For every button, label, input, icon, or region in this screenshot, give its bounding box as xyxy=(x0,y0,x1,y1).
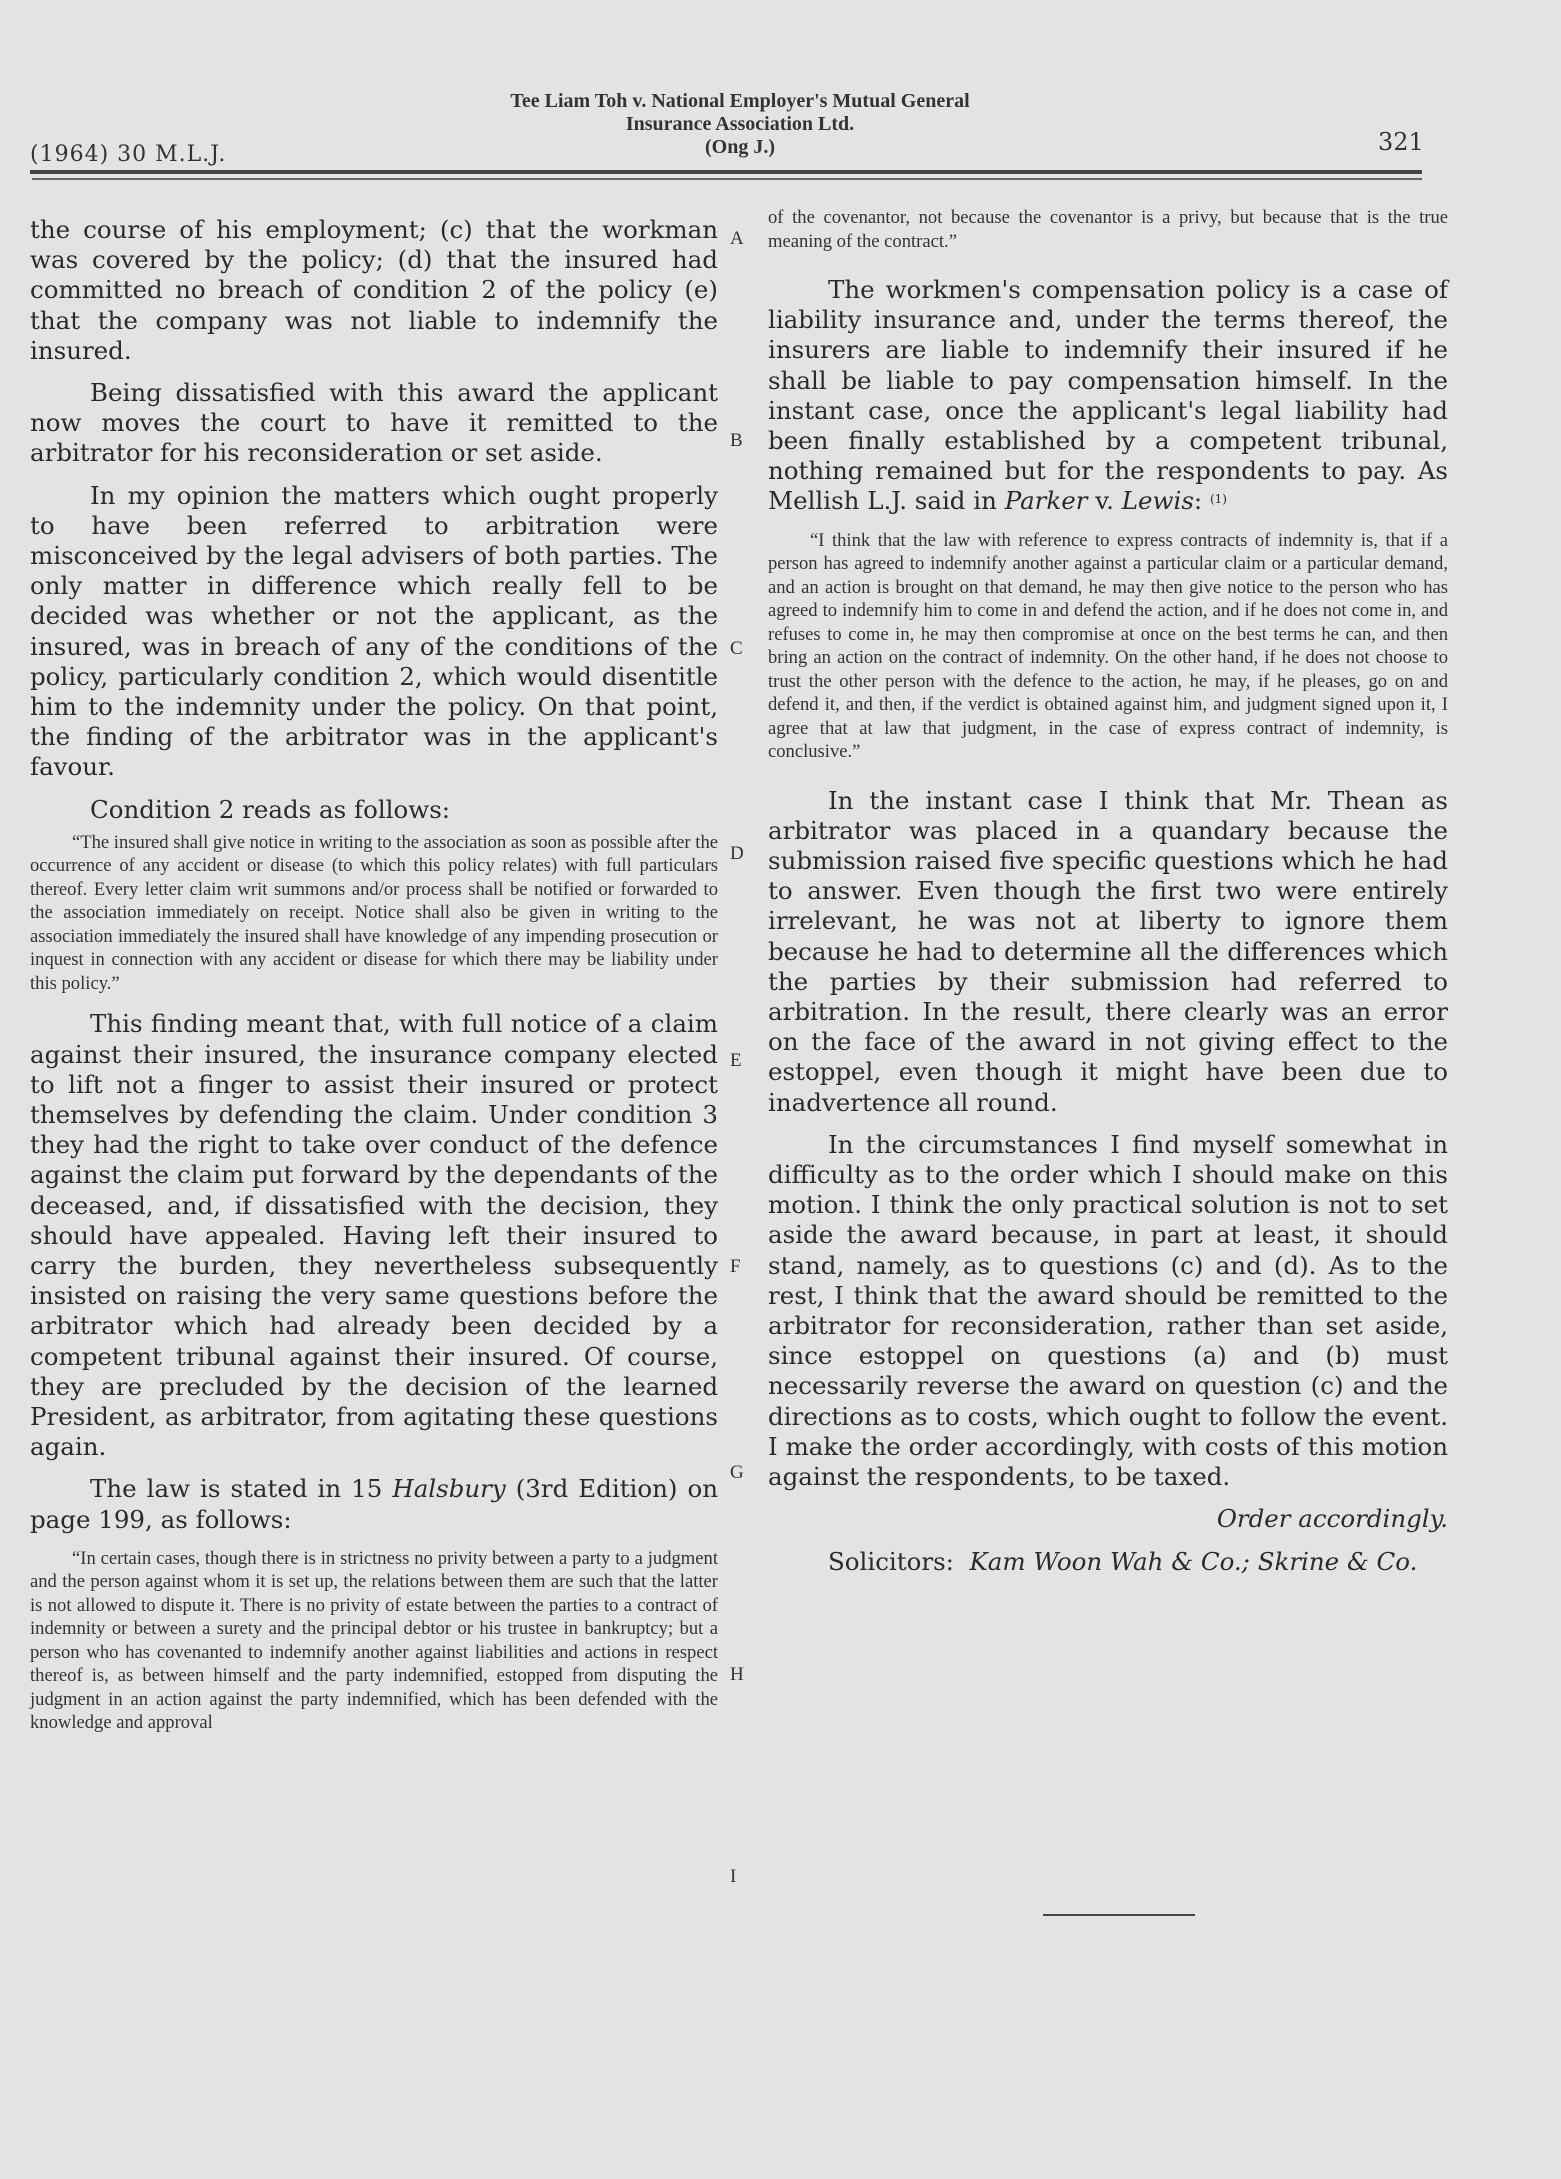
order-line: Order accordingly. xyxy=(768,1504,1448,1534)
right-column: of the covenantor, not because the coven… xyxy=(768,206,1448,1589)
block-quote-mellish: “I think that the law with reference to … xyxy=(768,529,1448,764)
margin-letter-b: B xyxy=(730,430,743,452)
paragraph-heading: Condition 2 reads as follows: xyxy=(30,795,718,825)
page-number: 321 xyxy=(1378,128,1424,156)
report-citation: (1964) 30 M.L.J. xyxy=(30,142,226,167)
solicitors-line: Solicitors: Kam Woon Wah & Co.; Skrine &… xyxy=(768,1547,1448,1577)
case-title: Tee Liam Toh v. National Employer's Mutu… xyxy=(350,90,1130,159)
halsbury-citation: Halsbury xyxy=(392,1474,505,1503)
case-name: Lewis xyxy=(1122,486,1194,515)
block-quote-condition-2: “The insured shall give notice in writin… xyxy=(30,831,718,996)
paragraph: In my opinion the matters which ought pr… xyxy=(30,481,718,783)
paragraph: This finding meant that, with full notic… xyxy=(30,1009,718,1462)
margin-letter-a: A xyxy=(730,228,744,250)
law-report-page: (1964) 30 M.L.J. Tee Liam Toh v. Nationa… xyxy=(0,0,1561,2179)
paragraph: In the instant case I think that Mr. The… xyxy=(768,786,1448,1118)
header-rule-thin xyxy=(32,178,1422,180)
paragraph: The workmen's compensation policy is a c… xyxy=(768,275,1448,517)
left-column: the course of his employment; (c) that t… xyxy=(30,215,718,1749)
block-quote-continuation: of the covenantor, not because the coven… xyxy=(768,206,1448,253)
case-title-line-2: Insurance Association Ltd. xyxy=(350,113,1130,136)
case-name: Parker xyxy=(1005,486,1088,515)
case-judge: (Ong J.) xyxy=(350,136,1130,159)
solicitors-names: Kam Woon Wah & Co.; Skrine & Co. xyxy=(969,1547,1417,1576)
footnote-marker: (1) xyxy=(1210,492,1227,506)
case-title-line-1: Tee Liam Toh v. National Employer's Mutu… xyxy=(350,90,1130,113)
margin-letter-g: G xyxy=(730,1462,744,1484)
paragraph: the course of his employment; (c) that t… xyxy=(30,215,718,366)
paragraph: In the circumstances I find myself somew… xyxy=(768,1130,1448,1492)
end-of-case-rule xyxy=(1043,1914,1195,1916)
paragraph-halsbury: The law is stated in 15 Halsbury (3rd Ed… xyxy=(30,1474,718,1534)
margin-letter-f: F xyxy=(730,1256,741,1278)
margin-letter-d: D xyxy=(730,843,744,865)
margin-letter-e: E xyxy=(730,1050,742,1072)
header-rule-thick xyxy=(30,170,1422,174)
block-quote-halsbury: “In certain cases, though there is in st… xyxy=(30,1547,718,1735)
margin-letter-h: H xyxy=(730,1664,744,1686)
margin-letter-i: I xyxy=(730,1866,736,1888)
paragraph: Being dissatisfied with this award the a… xyxy=(30,378,718,469)
margin-letter-c: C xyxy=(730,638,743,660)
